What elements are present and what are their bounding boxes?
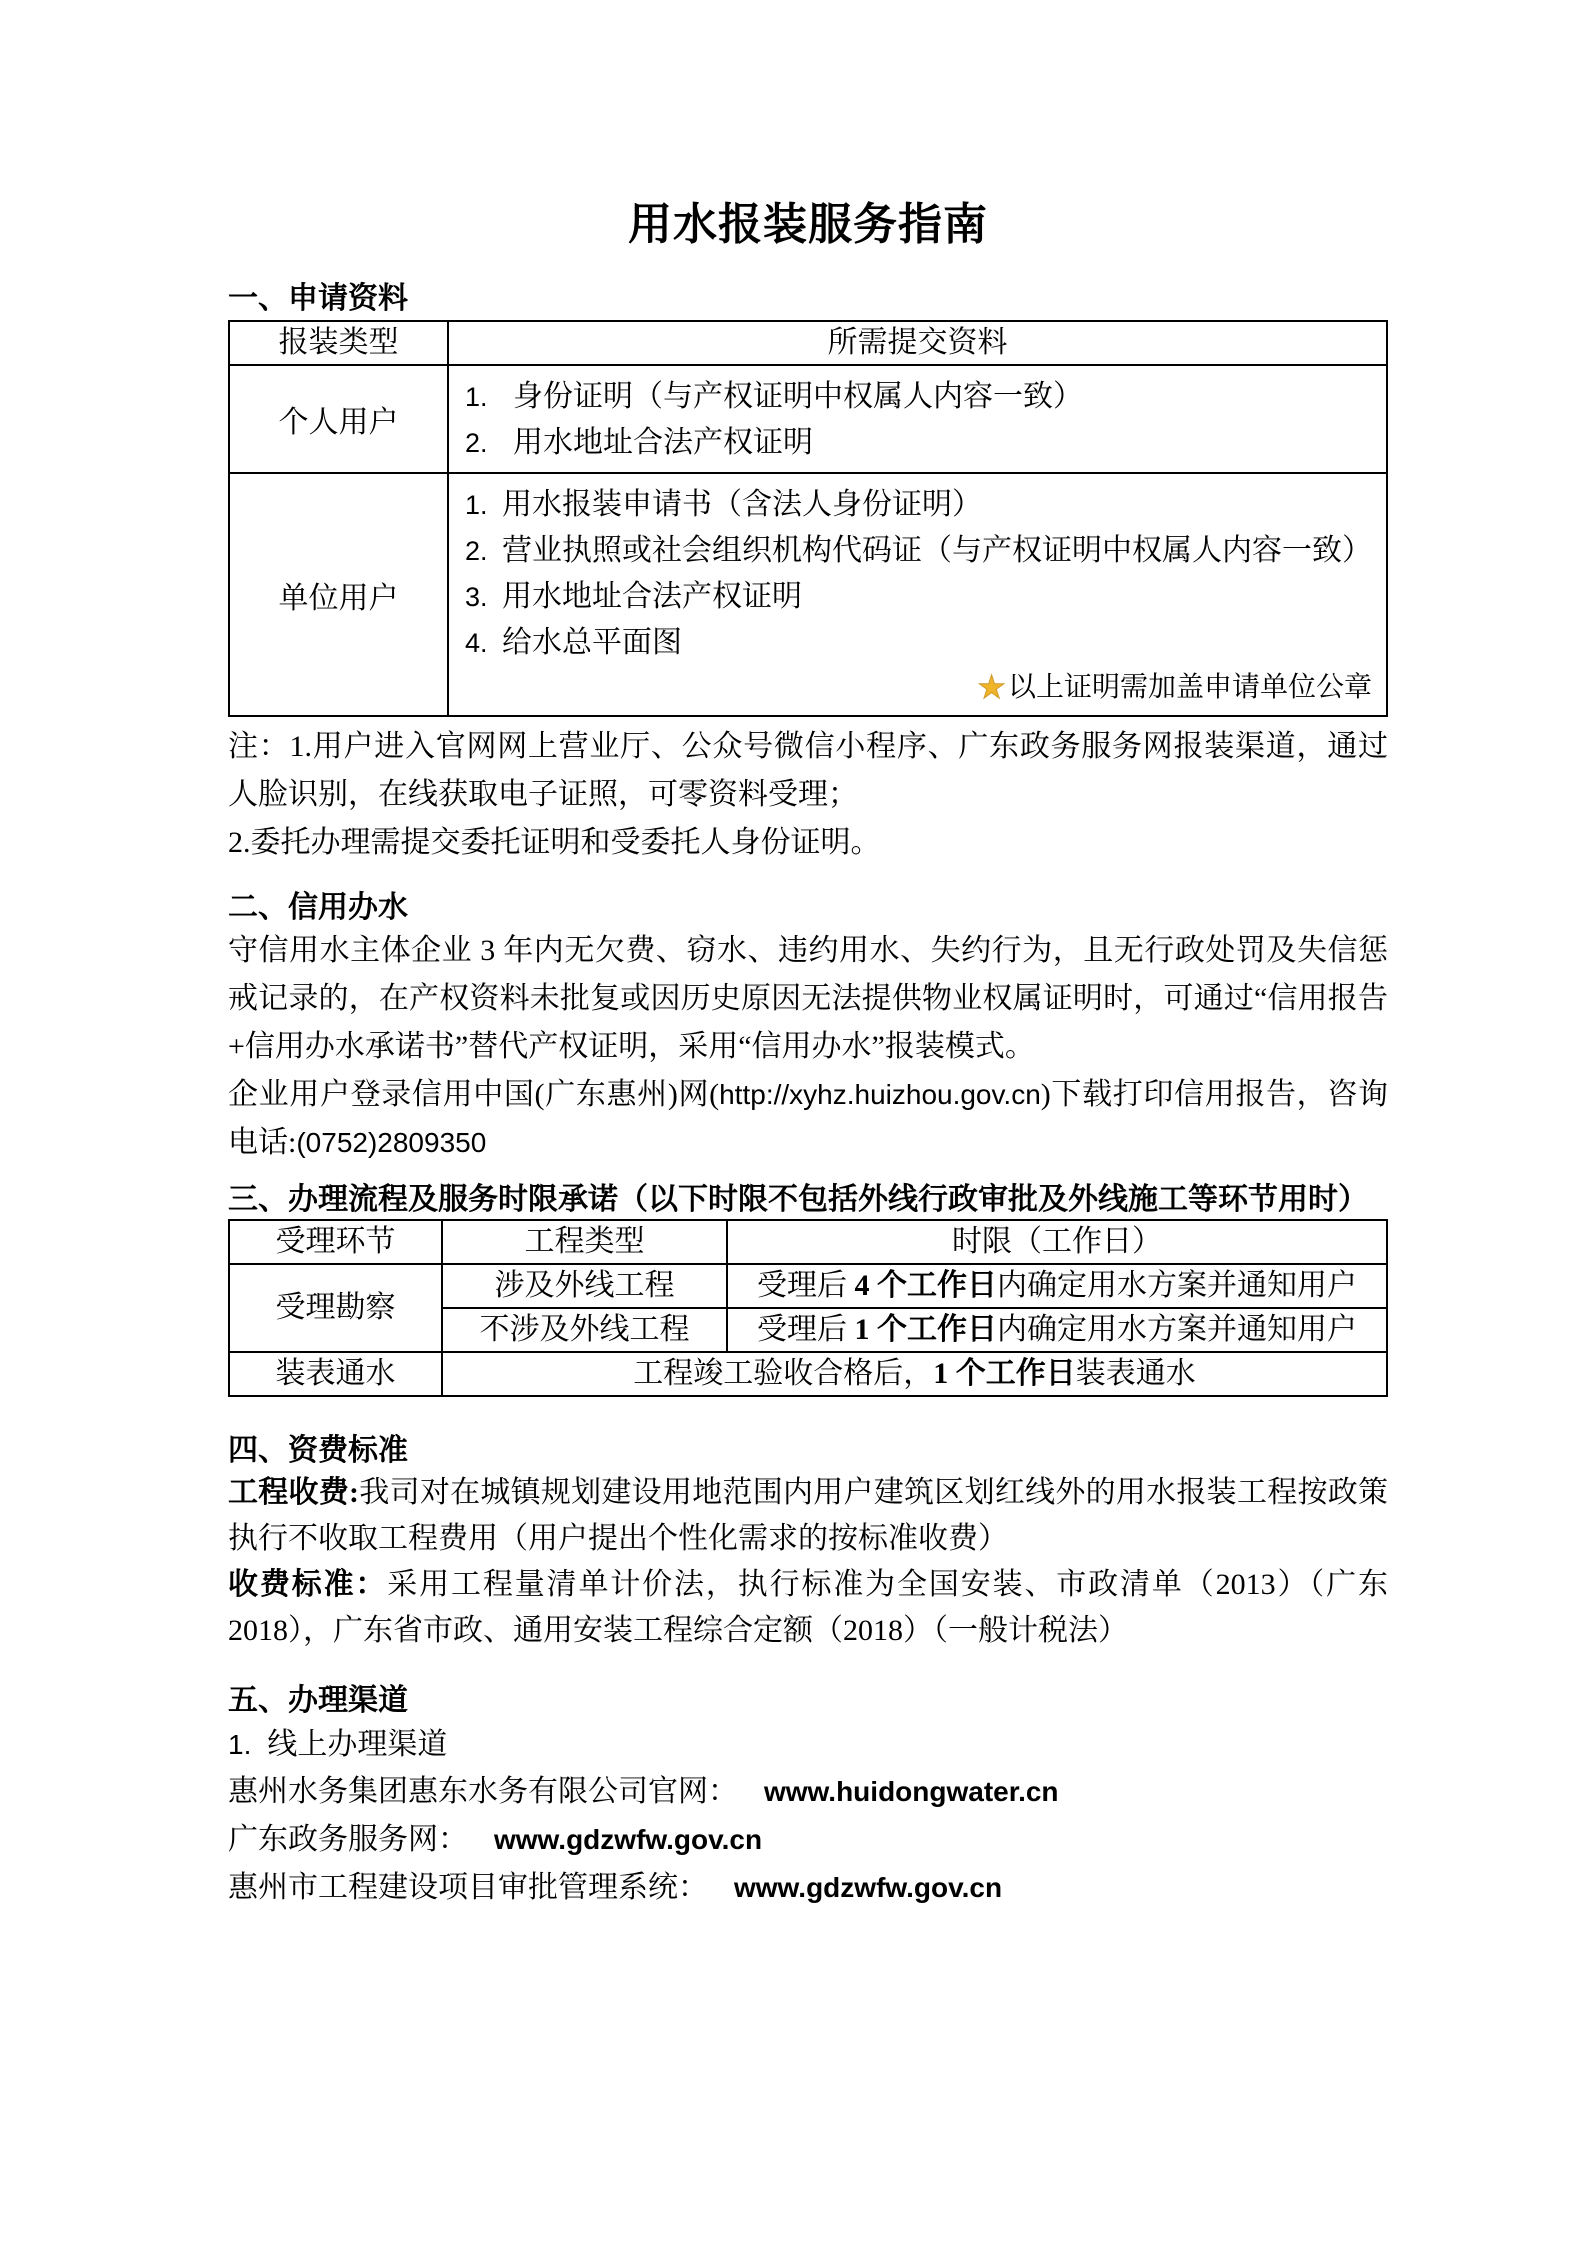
list-text: 营业执照或社会组织机构代码证（与产权证明中权属人内容一致） xyxy=(502,534,1372,567)
list-text: 用水报装申请书（含法人身份证明） xyxy=(502,488,982,521)
table2-row-meter-install: 装表通水 工程竣工验收合格后，1 个工作日装表通水 xyxy=(229,1352,1387,1396)
list-item: 2.用水地址合法产权证明 xyxy=(465,420,1376,466)
user-type-company: 单位用户 xyxy=(229,473,448,716)
list-text: 用水地址合法产权证明 xyxy=(513,426,813,459)
table1-note-line2: 2.委托办理需提交委托证明和受委托人身份证明。 xyxy=(228,819,1388,867)
project-fee-paragraph: 工程收费:我司对在城镇规划建设用地范围内用户建筑区划红线外的用水报装工程按政策执… xyxy=(228,1470,1388,1562)
hotline-phone-number: (0752)2809350 xyxy=(296,1127,486,1158)
fee-standard-text: 采用工程量清单计价法，执行标准为全国安装、市政清单（2013）（广东 2018）… xyxy=(228,1568,1388,1647)
table-row-personal: 个人用户 1.身份证明（与产权证明中权属人内容一致） 2.用水地址合法产权证明 xyxy=(229,365,1387,473)
list-item: 2.营业执照或社会组织机构代码证（与产权证明中权属人内容一致） xyxy=(465,528,1376,574)
credit-site-url: http://xyhz.huizhou.gov.cn xyxy=(719,1079,1041,1110)
channel-label: 惠州水务集团惠东水务有限公司官网： xyxy=(228,1775,738,1808)
table1-header-materials: 所需提交资料 xyxy=(448,321,1387,365)
channel-label: 广东政务服务网： xyxy=(228,1823,468,1856)
section2-heading: 二、信用办水 xyxy=(228,889,1388,927)
personal-materials-cell: 1.身份证明（与产权证明中权属人内容一致） 2.用水地址合法产权证明 xyxy=(448,365,1387,473)
list-number: 1. xyxy=(465,482,502,528)
credit-water-paragraph: 守信用水主体企业 3 年内无欠费、窃水、违约用水、失约行为，且无行政处罚及失信惩… xyxy=(228,927,1388,1071)
stage-meter-install: 装表通水 xyxy=(229,1352,442,1396)
seal-note-text: 以上证明需加盖申请单位公章 xyxy=(1008,672,1372,703)
time-limit-text: 内确定用水方案并通知用户 xyxy=(997,1313,1357,1346)
table2-header-time-limit: 时限（工作日） xyxy=(727,1220,1387,1264)
fee-standard-paragraph: 收费标准：采用工程量清单计价法，执行标准为全国安装、市政清单（2013）（广东 … xyxy=(228,1562,1388,1654)
time-limit-text: 内确定用水方案并通知用户 xyxy=(997,1269,1357,1302)
section5-heading: 五、办理渠道 xyxy=(228,1682,1388,1720)
channel-label: 惠州市工程建设项目审批管理系统： xyxy=(228,1871,708,1904)
online-channel-subheading: 1.线上办理渠道 xyxy=(228,1722,1388,1768)
subitem-text: 线上办理渠道 xyxy=(267,1728,447,1761)
time-limit-days: 1 个工作日 xyxy=(855,1313,998,1346)
list-text: 给水总平面图 xyxy=(502,626,682,659)
table1-header-row: 报装类型 所需提交资料 xyxy=(229,321,1387,365)
channel-url: www.gdzwfw.gov.cn xyxy=(734,1872,1002,1903)
document-page: 用水报装服务指南 一、申请资料 报装类型 所需提交资料 个人用户 1.身份证明（… xyxy=(0,0,1587,2245)
project-fee-label: 工程收费: xyxy=(228,1476,359,1509)
time-limit-no-external: 受理后 1 个工作日内确定用水方案并通知用户 xyxy=(727,1308,1387,1352)
star-icon: ★ xyxy=(977,669,1006,705)
list-number: 1. xyxy=(465,374,513,420)
project-type-no-external: 不涉及外线工程 xyxy=(442,1308,727,1352)
page-title: 用水报装服务指南 xyxy=(228,197,1388,253)
project-type-external: 涉及外线工程 xyxy=(442,1264,727,1308)
list-item: 4.给水总平面图 xyxy=(465,620,1376,666)
company-materials-cell: 1.用水报装申请书（含法人身份证明） 2.营业执照或社会组织机构代码证（与产权证… xyxy=(448,473,1387,716)
project-fee-text: 我司对在城镇规划建设用地范围内用户建筑区划红线外的用水报装工程按政策执行不收取工… xyxy=(228,1476,1388,1555)
time-limit-days: 4 个工作日 xyxy=(855,1269,998,1302)
seal-requirement-note: ★以上证明需加盖申请单位公章 xyxy=(465,666,1376,709)
section4-heading: 四、资费标准 xyxy=(228,1432,1388,1470)
list-number: 4. xyxy=(465,620,502,666)
credit-report-paragraph: 企业用户登录信用中国(广东惠州)网(http://xyhz.huizhou.go… xyxy=(228,1071,1388,1167)
table2-header-stage: 受理环节 xyxy=(229,1220,442,1264)
table-row-company: 单位用户 1.用水报装申请书（含法人身份证明） 2.营业执照或社会组织机构代码证… xyxy=(229,473,1387,716)
table2-row-survey-external: 受理勘察 涉及外线工程 受理后 4 个工作日内确定用水方案并通知用户 xyxy=(229,1264,1387,1308)
application-materials-table: 报装类型 所需提交资料 个人用户 1.身份证明（与产权证明中权属人内容一致） 2… xyxy=(228,320,1388,717)
time-limit-text: 工程竣工验收合格后， xyxy=(633,1357,933,1390)
list-item: 1.用水报装申请书（含法人身份证明） xyxy=(465,482,1376,528)
list-number: 2. xyxy=(465,420,513,466)
channel-url: www.gdzwfw.gov.cn xyxy=(494,1824,762,1855)
list-text: 身份证明（与产权证明中权属人内容一致） xyxy=(513,380,1083,413)
table1-header-type: 报装类型 xyxy=(229,321,448,365)
time-limit-text: 受理后 xyxy=(757,1269,855,1302)
channel-gd-gov-service: 广东政务服务网：www.gdzwfw.gov.cn xyxy=(228,1816,1388,1864)
table2-header-row: 受理环节 工程类型 时限（工作日） xyxy=(229,1220,1387,1264)
section1-heading: 一、申请资料 xyxy=(228,280,1388,318)
channel-url: www.huidongwater.cn xyxy=(764,1776,1059,1807)
fee-standard-label: 收费标准： xyxy=(228,1568,387,1601)
list-number: 3. xyxy=(465,574,502,620)
credit-report-prefix: 企业用户登录信用中国(广东惠州)网( xyxy=(228,1078,719,1111)
time-limit-days: 1 个工作日 xyxy=(933,1357,1076,1390)
stage-survey: 受理勘察 xyxy=(229,1264,442,1352)
channel-project-approval-system: 惠州市工程建设项目审批管理系统：www.gdzwfw.gov.cn xyxy=(228,1864,1388,1912)
table1-note-line1: 注：1.用户进入官网网上营业厅、公众号微信小程序、广东政务服务网报装渠道，通过人… xyxy=(228,723,1388,819)
time-limit-meter-install: 工程竣工验收合格后，1 个工作日装表通水 xyxy=(442,1352,1387,1396)
table2-header-project-type: 工程类型 xyxy=(442,1220,727,1264)
time-limit-text: 装表通水 xyxy=(1076,1357,1196,1390)
time-limit-external: 受理后 4 个工作日内确定用水方案并通知用户 xyxy=(727,1264,1387,1308)
list-number: 2. xyxy=(465,528,502,574)
subitem-number: 1. xyxy=(228,1729,251,1760)
user-type-personal: 个人用户 xyxy=(229,365,448,473)
list-item: 1.身份证明（与产权证明中权属人内容一致） xyxy=(465,374,1376,420)
channel-company-website: 惠州水务集团惠东水务有限公司官网：www.huidongwater.cn xyxy=(228,1768,1388,1816)
section3-heading: 三、办理流程及服务时限承诺（以下时限不包括外线行政审批及外线施工等环节用时） xyxy=(228,1181,1388,1219)
list-text: 用水地址合法产权证明 xyxy=(502,580,802,613)
time-limit-text: 受理后 xyxy=(757,1313,855,1346)
document-content: 用水报装服务指南 一、申请资料 报装类型 所需提交资料 个人用户 1.身份证明（… xyxy=(0,0,1587,1912)
process-timeline-table: 受理环节 工程类型 时限（工作日） 受理勘察 涉及外线工程 受理后 4 个工作日… xyxy=(228,1219,1388,1397)
list-item: 3.用水地址合法产权证明 xyxy=(465,574,1376,620)
